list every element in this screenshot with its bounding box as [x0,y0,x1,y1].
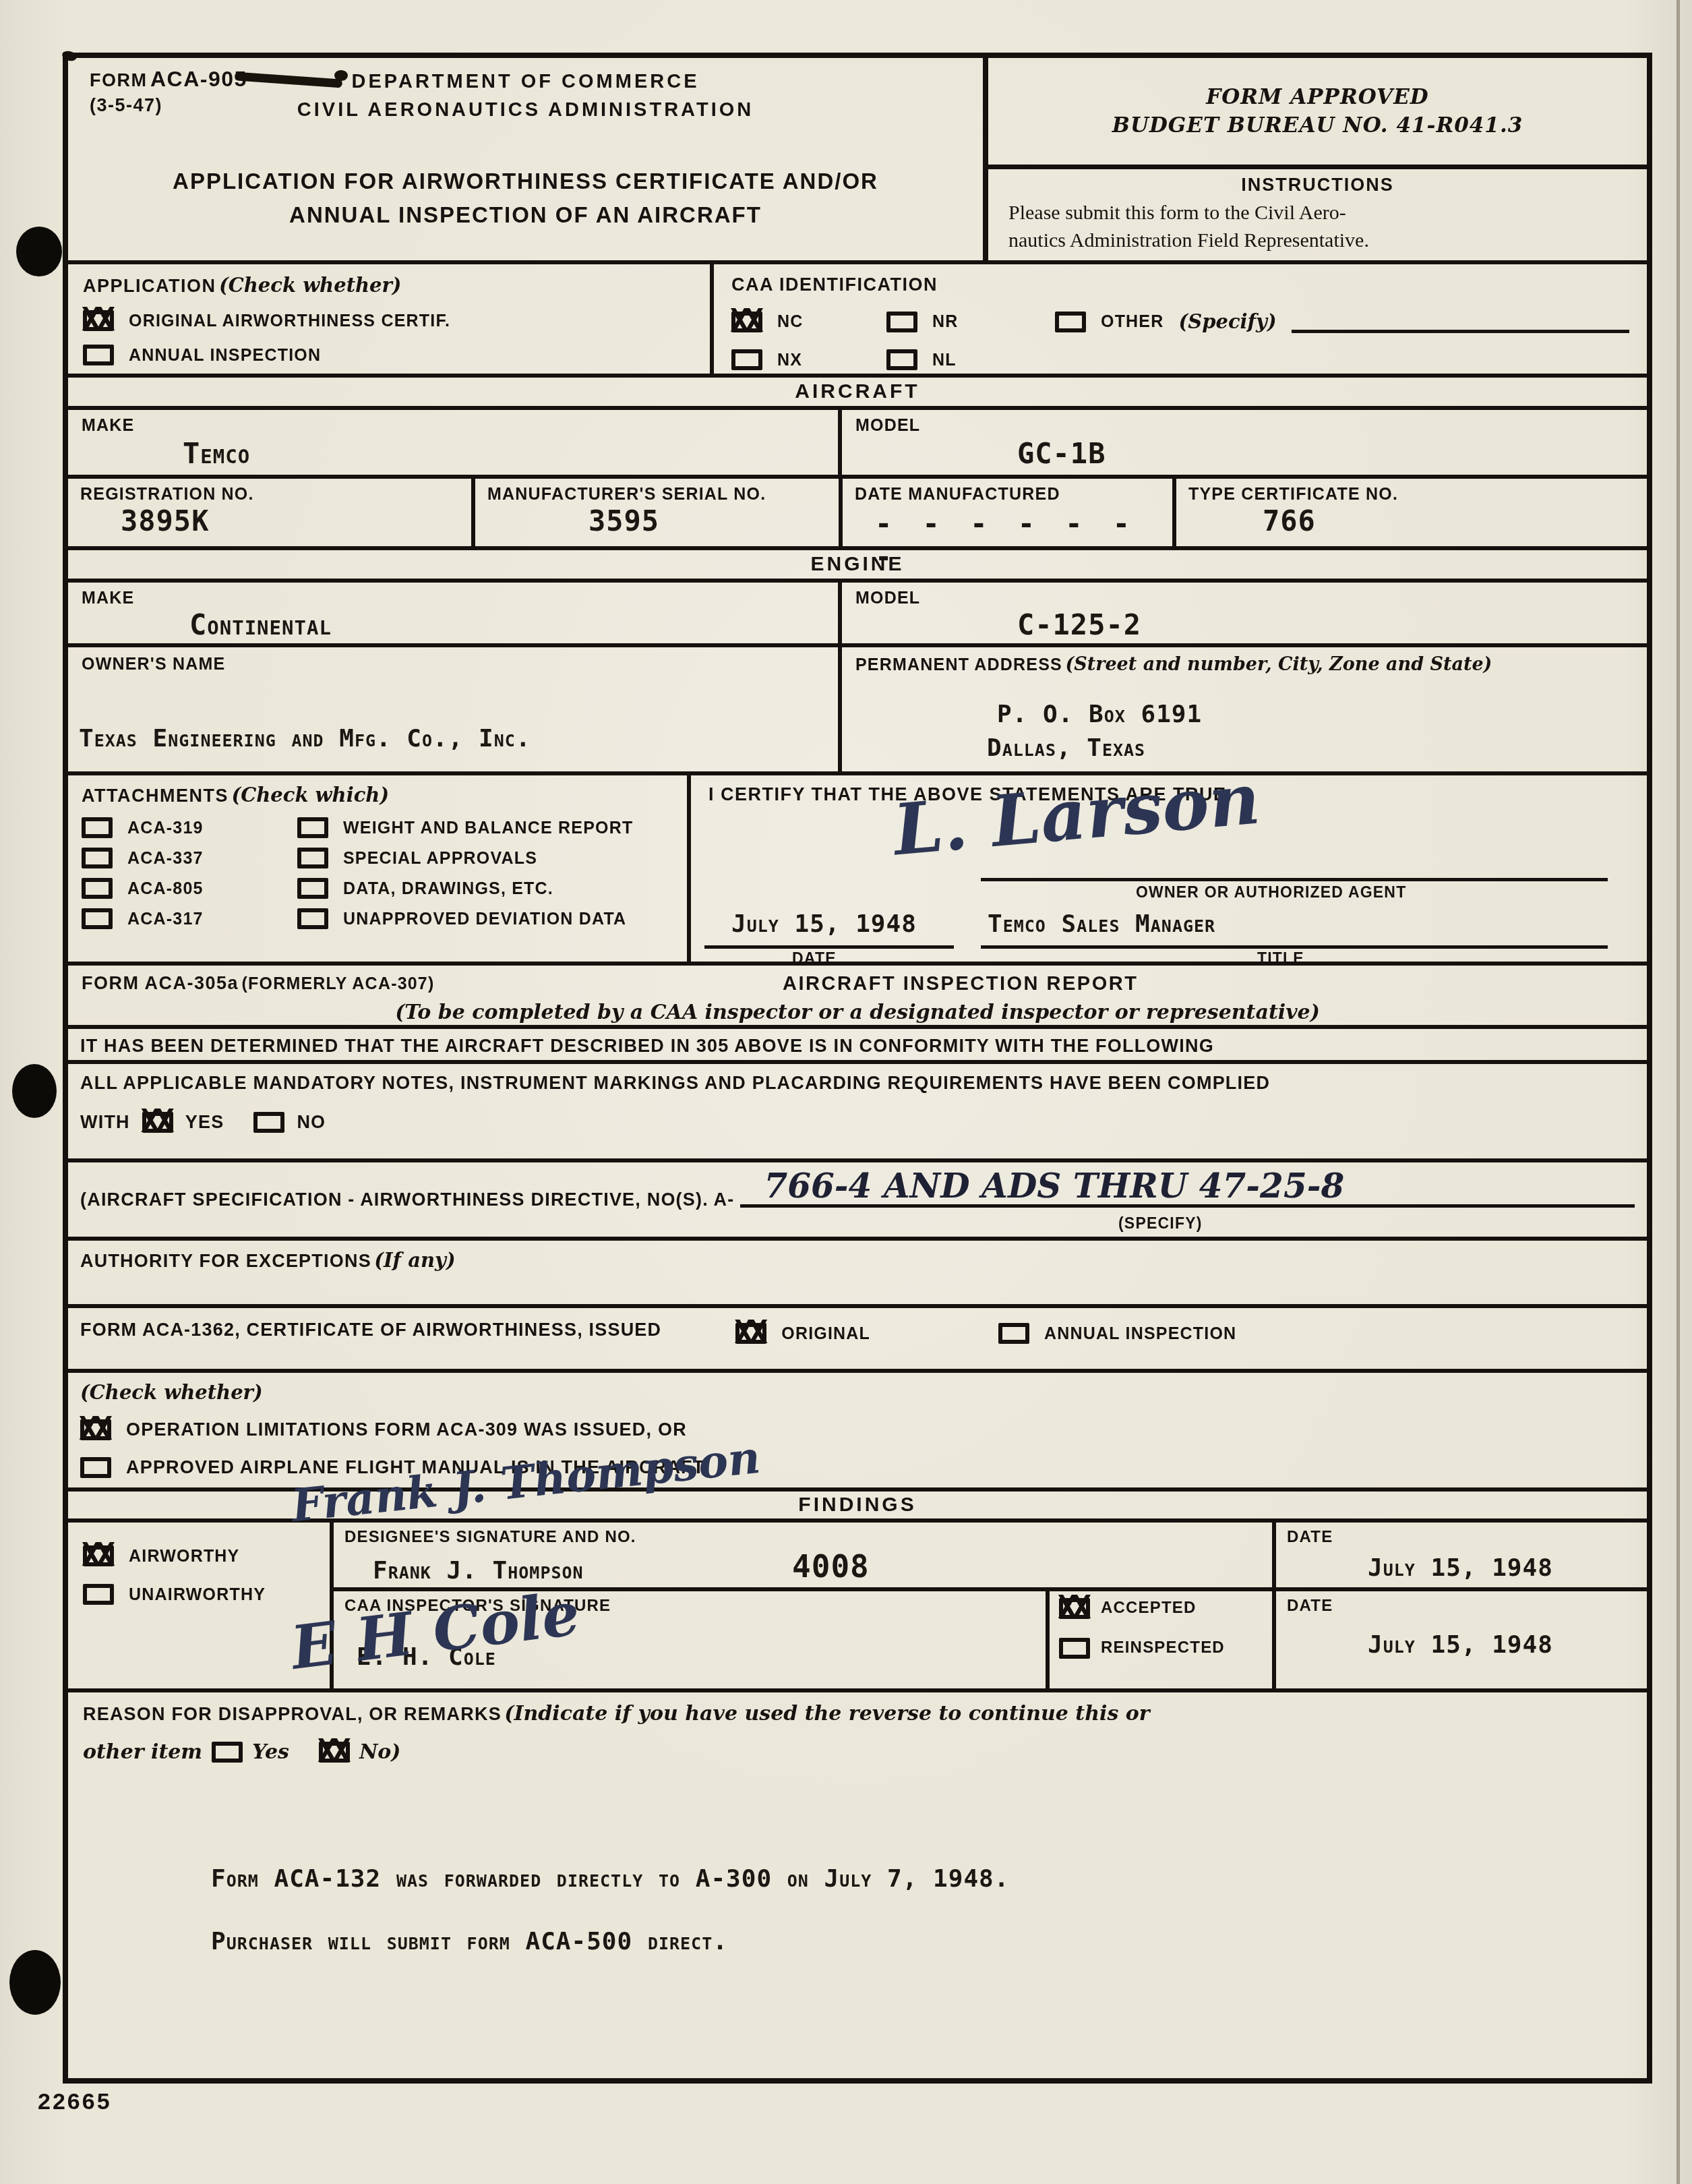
complied-no-label: NO [297,1111,326,1133]
form-revision: (3-5-47) [90,94,247,116]
checkbox-annual-inspection [83,345,114,365]
inspector-row: CAA INSPECTOR'S SIGNATURE E. H. Cole ACC… [334,1587,1647,1688]
designee-date-value: July 15, 1948 [1368,1554,1636,1582]
inspection-report-subtitle: (To be completed by a CAA inspector or a… [82,1001,1633,1024]
specification-value: 766-4 AND ADS THRU 47-25-8 [740,1169,1635,1208]
checkbox-accepted [1059,1598,1090,1619]
application-label: APPLICATION [83,276,216,296]
certification-cell: I CERTIFY THAT THE ABOVE STATEMENTS ARE … [687,775,1647,962]
checkbox-airworthy [83,1545,114,1566]
aircraft-make-label: MAKE [82,415,824,436]
address-note: (Street and number, City, Zone and State… [1065,654,1492,675]
airworthy-label: AIRWORTHY [129,1546,240,1566]
owner-signature: L. Larson [890,757,1263,872]
complied-with-label: WITH [80,1111,130,1133]
owner-name-label: OWNER'S NAME [82,654,824,674]
certify-title-value: Temco Sales Manager [988,910,1215,938]
aca-317-label: ACA-317 [127,909,204,929]
complied-yes-label: YES [185,1111,224,1133]
owner-signature-line [981,878,1608,881]
other-label: OTHER [1101,312,1164,332]
inspection-report-title: AIRCRAFT INSPECTION REPORT [783,972,1138,996]
checkbox-issued-annual [998,1323,1029,1344]
registration-cell: REGISTRATION NO. 3895K [68,479,471,546]
aca-305a-label: FORM ACA-305a [82,973,239,993]
annual-inspection-label: ANNUAL INSPECTION [129,345,321,365]
form-header: FORM ACA-905 (3-5-47) DEPARTMENT OF COMM… [68,58,1647,260]
checkbox-special-approvals [297,848,328,868]
designee-number: 4008 [792,1548,870,1585]
unairworthy-label: UNAIRWORTHY [129,1585,266,1605]
page-title-line2: ANNUAL INSPECTION OF AN AIRCRAFT [68,198,983,232]
scanned-form-page: FORM ACA-905 (3-5-47) DEPARTMENT OF COMM… [0,0,1692,2184]
inspector-name-typed: E. H. Cole [357,1643,496,1671]
authority-row: AUTHORITY FOR EXCEPTIONS (If any) [68,1237,1647,1304]
checkbox-remarks-no [319,1742,350,1763]
date-manufactured-label: DATE MANUFACTURED [855,484,1160,504]
findings-table: Frank J. Thompson E H Cole AIRWORTHY UNA… [68,1518,1647,1688]
checkbox-unapproved-deviation [297,908,328,929]
page-title-line1: APPLICATION FOR AIRWORTHINESS CERTIFICAT… [68,165,983,198]
aircraft-model-cell: MODEL GC-1B [838,410,1647,475]
designee-row: DESIGNEE'S SIGNATURE AND NO. Frank J. Th… [334,1523,1647,1587]
registration-value: 3895K [121,504,459,537]
aircraft-model-value: GC-1B [1017,437,1633,470]
serial-stamp: 22665 [38,2089,112,2115]
reinspected-label: REINSPECTED [1101,1639,1225,1658]
checkbox-nx [731,349,762,370]
instructions-box: INSTRUCTIONS Please submit this form to … [988,169,1647,260]
engine-make-label: MAKE [82,588,824,608]
engine-model-value: C-125-2 [1017,608,1633,641]
attachments-certify-row: ATTACHMENTS (Check which) ACA-319 WEIGHT… [68,771,1647,962]
aca-305a-note: (FORMERLY ACA-307) [242,974,435,993]
address-line1: P. O. Box 6191 [997,701,1202,728]
aircraft-model-label: MODEL [855,415,1633,436]
checkbox-weight-balance [297,817,328,838]
designee-date-cell: DATE July 15, 1948 [1272,1523,1647,1587]
instructions-line2: nautics Administration Field Representat… [1008,227,1627,255]
header-left: FORM ACA-905 (3-5-47) DEPARTMENT OF COMM… [68,58,983,260]
application-note: (Check whether) [219,274,402,297]
owner-address-cell: PERMANENT ADDRESS (Street and number, Ci… [838,647,1647,771]
specify-caption: (SPECIFY) [1118,1214,1635,1233]
address-label: PERMANENT ADDRESS [855,655,1062,674]
determined-text: IT HAS BEEN DETERMINED THAT THE AIRCRAFT… [80,1036,1214,1056]
remarks-line1: Form ACA-132 was forwarded directly to A… [211,1865,1632,1893]
application-row: APPLICATION (Check whether) ORIGINAL AIR… [68,260,1647,374]
remarks-line2: Purchaser will submit form ACA-500 direc… [211,1928,1632,1955]
checkbox-data-drawings [297,878,328,899]
data-drawings-label: DATA, DRAWINGS, ETC. [343,879,553,899]
certify-title-line [981,945,1608,949]
punch-hole [9,1950,61,2015]
inspection-report-header: FORM ACA-305a (FORMERLY ACA-307) AIRCRAF… [68,962,1647,1025]
inspector-date-value: July 15, 1948 [1368,1631,1636,1659]
checkbox-aca-337 [82,848,113,868]
owner-signature-caption: OWNER OR AUTHORIZED AGENT [1136,883,1406,902]
nx-label: NX [777,350,802,370]
issued-annual-label: ANNUAL INSPECTION [1044,1324,1236,1344]
original-airworthiness-label: ORIGINAL AIRWORTHINESS CERTIF. [129,311,450,331]
engine-make-model-row: MAKE Continental MODEL C-125-2 [68,579,1647,643]
budget-bureau-no: BUDGET BUREAU NO. 41-R041.3 [1112,113,1523,138]
findings-right: DESIGNEE'S SIGNATURE AND NO. Frank J. Th… [330,1523,1647,1688]
findings-section-bar: FINDINGS [68,1487,1647,1518]
engine-model-label: MODEL [855,588,1633,608]
type-certificate-label: TYPE CERTIFICATE NO. [1188,484,1635,504]
type-certificate-value: 766 [1263,504,1635,537]
designee-name-typed: Frank J. Thompson [373,1557,584,1585]
weight-balance-label: WEIGHT AND BALANCE REPORT [343,818,633,838]
issued-original-label: ORIGINAL [781,1324,870,1344]
registration-label: REGISTRATION NO. [80,484,459,504]
aircraft-section-bar: AIRCRAFT [68,374,1647,406]
aircraft-make-model-row: MAKE Temco MODEL GC-1B [68,406,1647,475]
checkbox-flight-manual [80,1457,111,1478]
checkbox-issued-original [735,1323,766,1344]
form-sheet: FORM ACA-905 (3-5-47) DEPARTMENT OF COMM… [63,53,1652,2084]
serial-label: MANUFACTURER'S SERIAL NO. [487,484,826,504]
engine-section-bar: ENGINE [68,546,1647,579]
owner-name-value: Texas Engineering and Mfg. Co., Inc. [79,725,531,752]
page-title: APPLICATION FOR AIRWORTHINESS CERTIFICAT… [68,165,983,231]
checkbox-operation-limitations [80,1419,111,1440]
checkbox-complied-yes [142,1112,173,1133]
checkbox-nr [886,312,917,332]
aircraft-section-title: AIRCRAFT [795,380,919,404]
budget-bureau-box: FORM APPROVED BUDGET BUREAU NO. 41-R041.… [988,58,1647,169]
form-number-block: FORM ACA-905 (3-5-47) [90,66,247,117]
aircraft-make-value: Temco [183,437,824,470]
checkbox-original-airworthiness [83,310,114,331]
operation-limitations-label: OPERATION LIMITATIONS FORM ACA-309 WAS I… [126,1419,687,1440]
airworthy-cell: AIRWORTHY UNAIRWORTHY [68,1523,330,1688]
unapproved-deviation-label: UNAPPROVED DEVIATION DATA [343,909,626,929]
authority-label: AUTHORITY FOR EXCEPTIONS [80,1251,371,1271]
attachments-note: (Check which) [231,784,389,806]
engine-make-cell: MAKE Continental [68,583,838,643]
accepted-cell: ACCEPTED REINSPECTED [1046,1591,1272,1688]
authority-note: (If any) [374,1249,455,1272]
designee-date-label: DATE [1287,1528,1636,1547]
remarks-label: REASON FOR DISAPPROVAL, OR REMARKS [83,1704,502,1724]
findings-section-title: FINDINGS [798,1493,916,1517]
other-specify-line [1292,310,1629,333]
attachments-cell: ATTACHMENTS (Check which) ACA-319 WEIGHT… [68,775,687,962]
checkbox-nl [886,349,917,370]
flight-manual-label: APPROVED AIRPLANE FLIGHT MANUAL IS IN TH… [126,1456,705,1478]
punch-hole [12,1064,57,1118]
form-number-label: FORM [90,70,147,90]
attachments-label: ATTACHMENTS [82,786,229,806]
engine-model-cell: MODEL C-125-2 [838,583,1647,643]
checkbox-complied-no [253,1112,284,1133]
specification-label: (AIRCRAFT SPECIFICATION - AIRWORTHINESS … [80,1189,735,1210]
certify-date-value: July 15, 1948 [731,910,917,938]
caa-identification-cell: CAA IDENTIFICATION NC NR OTHER (Specify) [710,264,1647,374]
check-whether-row: (Check whether) OPERATION LIMITATIONS FO… [68,1369,1647,1487]
aca-1362-label: FORM ACA-1362, CERTIFICATE OF AIRWORTHIN… [80,1319,661,1340]
engine-make-value: Continental [189,608,824,641]
checkbox-reinspected [1059,1638,1090,1659]
date-manufactured-cell: DATE MANUFACTURED - - - - - - - [839,479,1172,546]
aca-319-label: ACA-319 [127,818,204,838]
form-number: ACA-905 [150,67,247,91]
serial-value: 3595 [588,504,826,537]
instructions-line1: Please submit this form to the Civil Aer… [1008,200,1627,227]
accepted-label: ACCEPTED [1101,1599,1197,1618]
type-certificate-cell: TYPE CERTIFICATE NO. 766 [1172,479,1647,546]
checkbox-aca-805 [82,878,113,899]
determined-row: IT HAS BEEN DETERMINED THAT THE AIRCRAFT… [68,1025,1647,1060]
remarks-no-label: No) [359,1740,401,1764]
form-approved-line: FORM APPROVED [1206,85,1428,109]
complied-text: ALL APPLICABLE MANDATORY NOTES, INSTRUME… [80,1072,1635,1094]
specification-row: (AIRCRAFT SPECIFICATION - AIRWORTHINESS … [68,1158,1647,1237]
checkbox-aca-319 [82,817,113,838]
checkbox-aca-317 [82,908,113,929]
aircraft-numbers-row: REGISTRATION NO. 3895K MANUFACTURER'S SE… [68,475,1647,546]
checkbox-other [1055,312,1086,332]
nc-label: NC [777,312,804,332]
instructions-title: INSTRUCTIONS [1008,175,1627,196]
remarks-yes-label: Yes [252,1740,289,1764]
remarks-note2: other item [83,1740,202,1764]
inspector-date-label: DATE [1287,1597,1636,1616]
serial-cell: MANUFACTURER'S SERIAL NO. 3595 [471,479,839,546]
designee-signature-cell: DESIGNEE'S SIGNATURE AND NO. Frank J. Th… [334,1523,1272,1587]
remarks-row: REASON FOR DISAPPROVAL, OR REMARKS (Indi… [68,1688,1647,2078]
aircraft-make-cell: MAKE Temco [68,410,838,475]
checkbox-unairworthy [83,1584,114,1605]
caa-identification-label: CAA IDENTIFICATION [731,274,1629,295]
remarks-note1: (Indicate if you have used the reverse t… [504,1702,1149,1725]
owner-row: OWNER'S NAME Texas Engineering and Mfg. … [68,643,1647,771]
aca-805-label: ACA-805 [127,879,204,899]
check-whether-note: (Check whether) [80,1381,1635,1404]
other-specify-note: (Specify) [1179,310,1277,333]
checkbox-nc [731,312,762,332]
address-line2: Dallas, Texas [987,734,1145,762]
inspector-date-cell: DATE July 15, 1948 [1272,1591,1647,1688]
punch-hole [16,227,62,276]
header-right: FORM APPROVED BUDGET BUREAU NO. 41-R041.… [983,58,1647,260]
inspector-signature-cell: CAA INSPECTOR'S SIGNATURE E. H. Cole [334,1591,1046,1688]
designee-signature-label: DESIGNEE'S SIGNATURE AND NO. [344,1528,1261,1547]
special-approvals-label: SPECIAL APPROVALS [343,848,537,868]
engine-section-title: ENGINE [810,552,904,577]
certify-statement: I CERTIFY THAT THE ABOVE STATEMENTS ARE … [708,784,1629,805]
paper-edge [1676,0,1680,2184]
certify-date-line [704,945,954,949]
complied-row: ALL APPLICABLE MANDATORY NOTES, INSTRUME… [68,1060,1647,1158]
checkbox-remarks-yes [212,1742,243,1763]
aca-337-label: ACA-337 [127,848,204,868]
inspector-signature-label: CAA INSPECTOR'S SIGNATURE [344,1597,1035,1616]
application-cell: APPLICATION (Check whether) ORIGINAL AIR… [68,264,710,374]
owner-name-cell: OWNER'S NAME Texas Engineering and Mfg. … [68,647,838,771]
aca-1362-row: FORM ACA-1362, CERTIFICATE OF AIRWORTHIN… [68,1304,1647,1369]
nr-label: NR [932,312,959,332]
nl-label: NL [932,350,957,370]
